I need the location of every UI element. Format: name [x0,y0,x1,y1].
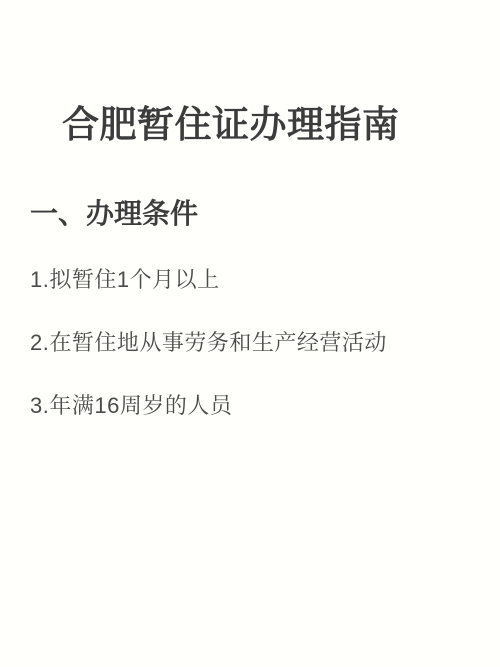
section-heading-conditions: 一、办理条件 [30,200,198,228]
page-title: 合肥暂住证办理指南 [62,106,400,143]
condition-item: 3.年满16周岁的人员 [30,395,232,417]
condition-item: 2.在暂住地从事劳务和生产经营活动 [30,332,387,354]
condition-item: 1.拟暂住1个月以上 [30,269,220,291]
guide-page: 合肥暂住证办理指南 一、办理条件 1.拟暂住1个月以上 2.在暂住地从事劳务和生… [0,0,500,667]
